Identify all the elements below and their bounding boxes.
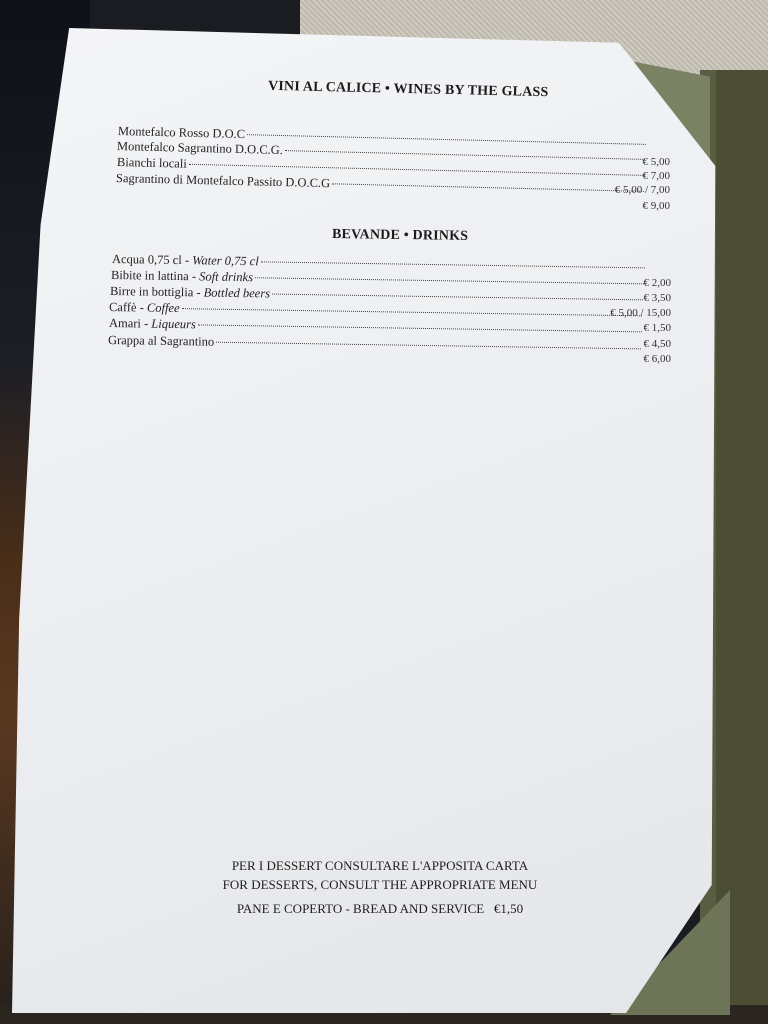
drink-price: € 6,00 [644,353,672,365]
drink-name: Amari - Liqueurs [109,316,196,332]
drink-price: € 1,50 [644,322,672,334]
drink-price: € 3,50 [644,292,672,304]
drink-name: Bibite in lattina - Soft drinks [111,268,253,285]
dessert-note-it: PER I DESSERT CONSULTARE L'APPOSITA CART… [150,858,610,874]
leader-dots [216,342,641,350]
dessert-note-en: FOR DESSERTS, CONSULT THE APPROPRIATE ME… [150,877,610,893]
leader-dots [332,183,644,192]
wine-price: € 9,00 [643,200,671,212]
wine-price: € 7,00 [643,170,671,182]
leader-dots [272,294,643,301]
drink-name: Birre in bottiglia - Bottled beers [110,284,270,302]
drink-price: € 2,00 [644,277,672,289]
wine-price: € 5,00 [643,156,671,168]
leader-dots [198,324,642,332]
wines-section-title: VINI AL CALICE • WINES BY THE GLASS [268,79,549,101]
drink-name: Acqua 0,75 cl - Water 0,75 cl [112,252,259,269]
menu-content: VINI AL CALICE • WINES BY THE GLASS Mont… [0,0,768,1024]
drink-name: Grappa al Sagrantino [108,333,214,350]
leader-dots [255,277,644,284]
leader-dots [182,308,642,316]
wine-price: € 5,00 / 7,00 [615,184,670,196]
bread-service-charge: PANE E COPERTO - BREAD AND SERVICE €1,50 [150,901,610,917]
drink-name: Caffè - Coffee [109,300,180,316]
drink-price: € 5,00 / 15,00 [610,307,671,319]
wine-name: Bianchi locali [117,155,187,172]
leader-dots [285,150,645,160]
leader-dots [261,261,645,268]
drinks-section-title: BEVANDE • DRINKS [332,227,468,245]
drink-price: € 4,50 [644,338,672,350]
